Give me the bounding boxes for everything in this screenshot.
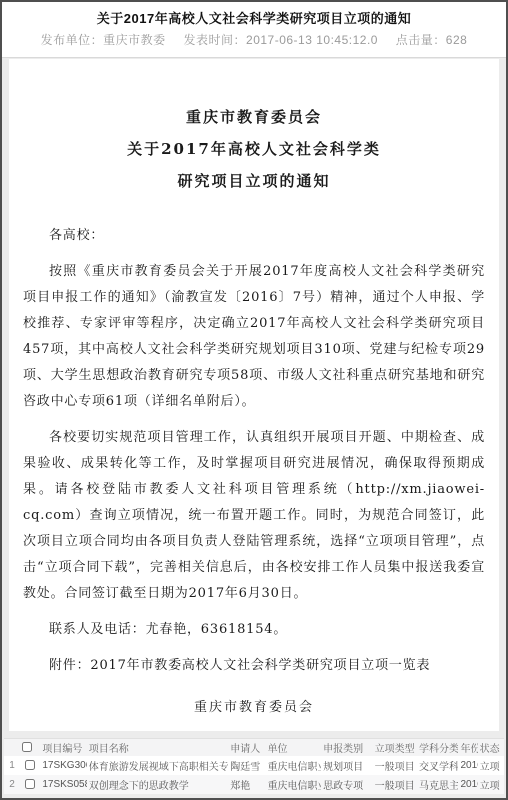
- header-project-number: 项目编号: [40, 739, 86, 756]
- header-applicant: 申请人: [228, 739, 265, 756]
- cell-status: 立项: [478, 756, 504, 775]
- article-meta: 发布单位：重庆市教委 发表时间：2017-06-13 10:45:12.0 点击…: [12, 29, 496, 51]
- header-unit: 单位: [266, 739, 322, 756]
- cell-discipline: 马克思主义/: [417, 775, 458, 794]
- cell-project-type: 一般项目: [373, 775, 417, 794]
- table-header-row: 项目编号 项目名称 申请人 单位 申报类别 立项类型 学科分类 年份 状态: [4, 739, 504, 756]
- row-index: 1: [4, 756, 20, 775]
- header-status: 状态: [478, 739, 504, 756]
- cell-year: 2016: [458, 775, 477, 794]
- cell-project-name: 体育旅游发展视域下高职相关专业设置: [87, 756, 228, 775]
- hit-count: 点击量：628: [396, 33, 468, 47]
- table-row: 1 17SKG306 体育旅游发展视域下高职相关专业设置 陶廷雪 重庆电信职业学…: [4, 756, 504, 775]
- cell-discipline: 交叉学科/综: [417, 756, 458, 775]
- header-project-name: 项目名称: [87, 739, 228, 756]
- header-discipline: 学科分类: [417, 739, 458, 756]
- cell-unit: 重庆电信职业学院: [266, 756, 322, 775]
- publisher-label: 发布单位：重庆市教委: [41, 33, 166, 47]
- cell-project-name: 双创理念下的思政教学: [87, 775, 228, 794]
- article-title: 关于2017年高校人文社会科学类研究项目立项的通知: [12, 9, 496, 29]
- cell-applicant: 陶廷雪: [228, 756, 265, 775]
- project-table: 项目编号 项目名称 申请人 单位 申报类别 立项类型 学科分类 年份 状态 1 …: [4, 738, 504, 794]
- salutation: 各高校：: [23, 223, 485, 249]
- select-all-checkbox[interactable]: [22, 742, 32, 752]
- signature-org: 重庆市教育委员会: [23, 695, 485, 721]
- article-header: 关于2017年高校人文社会科学类研究项目立项的通知 发布单位：重庆市教委 发表时…: [2, 2, 506, 58]
- paragraph-2: 各校要切实规范项目管理工作，认真组织开展项目开题、中期检查、成果验收、成果转化等…: [23, 425, 485, 607]
- cell-applicant: 郑艳: [228, 775, 265, 794]
- cell-year: 2016: [458, 756, 477, 775]
- row-index: 2: [4, 775, 20, 794]
- row-checkbox[interactable]: [25, 779, 35, 789]
- row-checkbox[interactable]: [25, 760, 35, 770]
- doc-title-line-2: 关于2017年高校人文社会科学类: [23, 133, 485, 165]
- cell-apply-type: 思政专项: [321, 775, 373, 794]
- page-frame: 关于2017年高校人文社会科学类研究项目立项的通知 发布单位：重庆市教委 发表时…: [2, 2, 506, 798]
- row-checkbox-cell: [20, 756, 40, 775]
- row-checkbox-cell: [20, 775, 40, 794]
- signature-block: 重庆市教育委员会 2017年6月9日: [23, 695, 485, 731]
- header-index: [4, 739, 20, 756]
- cell-project-number: 17SKS058: [40, 775, 86, 794]
- paragraph-1: 按照《重庆市教育委员会关于开展2017年度高校人文社会科学类研究项目申报工作的通…: [23, 259, 485, 415]
- cell-project-type: 一般项目: [373, 756, 417, 775]
- header-year: 年份: [458, 739, 477, 756]
- doc-title-line-3: 研究项目立项的通知: [23, 165, 485, 197]
- table-row: 2 17SKS058 双创理念下的思政教学 郑艳 重庆电信职业学院 思政专项 一…: [4, 775, 504, 794]
- cell-status: 立项: [478, 775, 504, 794]
- document-body: 重庆市教育委员会 关于2017年高校人文社会科学类 研究项目立项的通知 各高校：…: [9, 59, 499, 731]
- header-checkbox-cell: [20, 739, 40, 756]
- doc-title-line-1: 重庆市教育委员会: [23, 101, 485, 133]
- cell-unit: 重庆电信职业学院: [266, 775, 322, 794]
- contact-line: 联系人及电话：尤春艳，63618154。: [23, 617, 485, 643]
- publish-time: 发表时间：2017-06-13 10:45:12.0: [184, 33, 378, 47]
- cell-apply-type: 规划项目: [321, 756, 373, 775]
- header-apply-type: 申报类别: [321, 739, 373, 756]
- attachment-line: 附件：2017年市教委高校人文社会科学类研究项目立项一览表: [23, 653, 485, 679]
- header-project-type: 立项类型: [373, 739, 417, 756]
- cell-project-number: 17SKG306: [40, 756, 86, 775]
